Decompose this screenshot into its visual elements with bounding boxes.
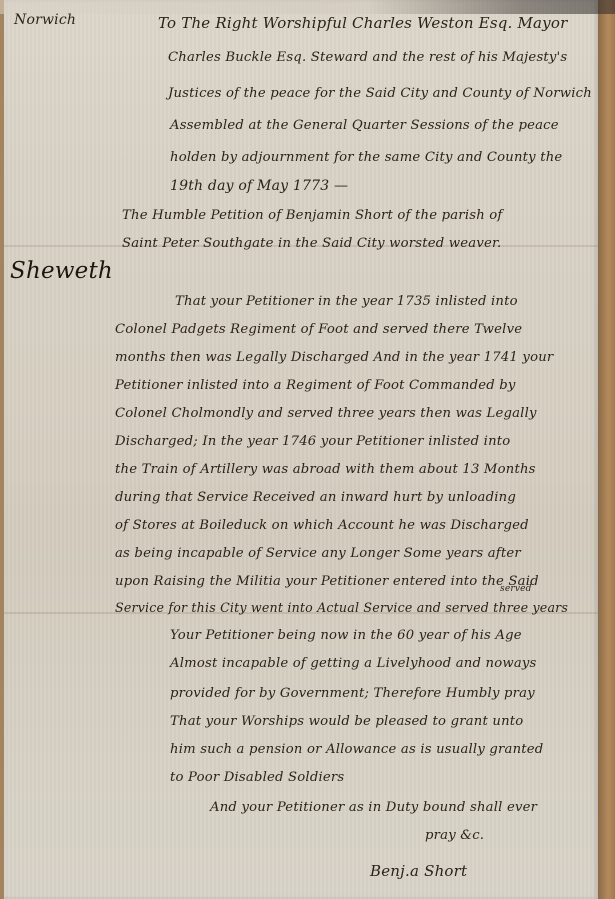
prayer-line: to Poor Disabled Soldiers [170, 770, 344, 785]
session-date: 19th day of May 1773 — [170, 178, 348, 194]
signature: Benj.a Short [370, 862, 467, 880]
body-line: upon Raising the Militia your Petitioner… [115, 574, 539, 589]
address-line: Justices of the peace for the Said City … [168, 86, 592, 101]
body-line: Petitioner inlisted into a Regiment of F… [115, 378, 516, 393]
body-line: Colonel Padgets Regiment of Foot and ser… [115, 322, 522, 337]
manuscript-page [4, 0, 598, 899]
body-line: Service for this City went into Actual S… [115, 600, 568, 615]
prayer-line: him such a pension or Allowance as is us… [170, 742, 543, 757]
address-line: Charles Buckle Esq. Steward and the rest… [168, 50, 567, 65]
address-line: Assembled at the General Quarter Session… [170, 118, 559, 133]
body-line: months then was Legally Discharged And i… [115, 350, 553, 365]
address-line: holden by adjournment for the same City … [170, 150, 562, 165]
body-line: Discharged; In the year 1746 your Petiti… [115, 434, 510, 449]
closing-line: pray &c. [425, 828, 484, 843]
prayer-line: Almost incapable of getting a Livelyhood… [170, 656, 537, 671]
body-line: of Stores at Boileduck on which Account … [115, 518, 529, 533]
interlined-correction: served [500, 584, 532, 594]
margin-place-name: Norwich [14, 12, 76, 28]
body-line: as being incapable of Service any Longer… [115, 546, 521, 561]
body-line: during that Service Received an inward h… [115, 490, 516, 505]
body-line: That your Petitioner in the year 1735 in… [175, 294, 518, 309]
sheweth-heading: Sheweth [10, 258, 113, 284]
body-line: the Train of Artillery was abroad with t… [115, 462, 536, 477]
address-line: To The Right Worshipful Charles Weston E… [158, 14, 567, 32]
prayer-line: That your Worships would be pleased to g… [170, 714, 523, 729]
prayer-line: Your Petitioner being now in the 60 year… [170, 628, 522, 643]
body-line: Colonel Cholmondly and served three year… [115, 406, 537, 421]
top-edge-shadow [0, 0, 615, 14]
closing-line: And your Petitioner as in Duty bound sha… [210, 800, 537, 815]
wooden-backdrop [598, 0, 615, 899]
petition-intro-line: Saint Peter Southgate in the Said City w… [122, 236, 501, 251]
petition-intro-line: The Humble Petition of Benjamin Short of… [122, 208, 503, 223]
prayer-line: provided for by Government; Therefore Hu… [170, 686, 535, 701]
